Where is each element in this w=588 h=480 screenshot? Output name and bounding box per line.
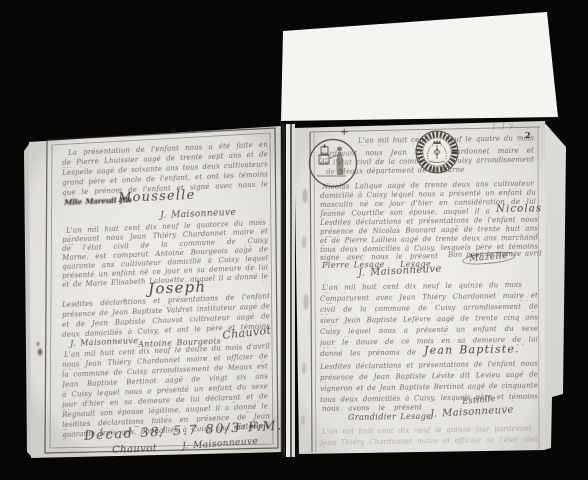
handwritten-line: tous deux domiciliés à Cuisy, lesquels p… <box>320 393 538 405</box>
scanned-register-spread: La présentation de l'enfant nous a été f… <box>0 0 588 480</box>
signature-script: Estiolle <box>462 395 496 406</box>
cross-mark: + <box>340 127 348 138</box>
handwritten-line: Jean Thiéry Chardonnet maire et officier… <box>320 436 538 448</box>
handwritten-line: L'an mil huit cent dix neuf le quinze jo… <box>322 425 532 437</box>
signature-script: J. Maisonneuve <box>430 407 514 419</box>
handwritten-line: L'an mil huit cent dix neuf le quatre du… <box>358 134 534 146</box>
signature-script: J. Maisonneuve <box>358 266 442 278</box>
name-large-script: Nicolas <box>496 205 542 214</box>
right-page-text: L'an mil huit cent dix neuf le quatre du… <box>0 0 588 480</box>
signature-script: Grandidier Lesage <box>348 413 431 422</box>
page-number: 2 <box>525 130 531 140</box>
handwritten-line: L'an mil huit cent dix neuf le quinze du… <box>322 281 522 293</box>
handwritten-line: donné les prénoms de <box>320 348 416 359</box>
handwritten-line: f. J y <box>492 121 514 131</box>
name-large-script: Jean Baptiste. <box>424 345 520 355</box>
handwritten-line: de Meaux département de la Marne <box>326 166 465 176</box>
